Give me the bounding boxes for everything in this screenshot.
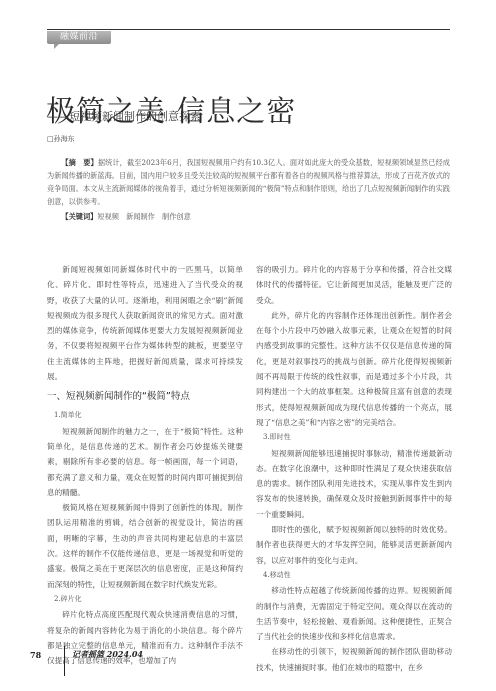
article-author: □孙海东 xyxy=(47,134,75,144)
subheading-mobility: 4.移动性 xyxy=(256,568,452,583)
continued-paragraph: 容的吸引力。碎片化的内容易于分享和传播，符合社交媒体时代的传播特征。它让新闻更加… xyxy=(256,262,452,308)
body-paragraph: 在移动性的引领下，短视频新闻的制作团队借助移动技术，快速捕捉时事。他们在城市的喧… xyxy=(256,644,452,675)
subheading-fragmentation: 2.碎片化 xyxy=(47,592,243,607)
section-heading: 一、短视频新闻制作的“极简”特点 xyxy=(47,390,243,404)
left-column: 新闻短视频如同新媒体时代中的一匹黑马，以简单化、碎片化、即时性等特点，迅速进入了… xyxy=(47,262,243,668)
page-number: 78 xyxy=(30,650,41,660)
body-paragraph: 短视频新闻制作的魅力之一，在于“极简”特性。这种简单化，是信息传递的艺术。制作者… xyxy=(47,424,243,500)
footer-divider xyxy=(64,646,65,676)
magazine-issue: 记者摇篮 2024.04 xyxy=(72,649,143,660)
abstract-paragraph: 【摘 要】据统计，截至2023年6月，我国短视频用户约有10.3亿人。面对如此庞… xyxy=(47,156,450,208)
intro-paragraph: 新闻短视频如同新媒体时代中的一匹黑马，以简单化、碎片化、即时性等特点，迅速进入了… xyxy=(47,262,243,384)
body-paragraph: 极简风格在短视频新闻中得到了创新性的体现。制作团队运用精准的剪辑，结合创新的视觉… xyxy=(47,500,243,592)
keywords-text: 短视频 新闻制作 制作创意 xyxy=(97,212,190,221)
abstract-block: 【摘 要】据统计，截至2023年6月，我国短视频用户约有10.3亿人。面对如此庞… xyxy=(47,156,450,223)
article-subtitle: ——短视频新闻制作的创意探索 xyxy=(47,108,201,124)
keywords-line: 【关键词】短视频 新闻制作 制作创意 xyxy=(47,210,450,223)
right-column: 容的吸引力。碎片化的内容易于分享和传播，符合社交媒体时代的传播特征。它让新闻更加… xyxy=(256,262,452,675)
body-paragraph: 移动性特点超越了传统新闻传播的边界。短视频新闻的制作与消费，无需固定于特定空间。… xyxy=(256,583,452,644)
abstract-label: 【摘 要】 xyxy=(61,158,97,167)
subheading-simplicity: 1.简单化 xyxy=(47,408,243,423)
body-paragraph: 此外，碎片化的内容制作还体现出创新性。制作者会在每个小片段中巧妙融入故事元素，让… xyxy=(256,308,452,430)
body-paragraph: 即时性的强化，赋予短视频新闻以独特的时效优势。制作者也获得更大的才华发挥空间，能… xyxy=(256,522,452,568)
subheading-immediacy: 3.即时性 xyxy=(256,430,452,445)
section-tag-tail xyxy=(54,44,59,49)
body-paragraph: 短视频新闻能够迅速捕捉时事脉动，精准传递最新动态。在数字化浪潮中，这种即时性满足… xyxy=(256,446,452,522)
section-tag: 融媒前沿 xyxy=(47,31,111,44)
header-rule xyxy=(47,29,450,30)
keywords-label: 【关键词】 xyxy=(61,212,97,221)
abstract-text: 据统计，截至2023年6月，我国短视频用户约有10.3亿人。面对如此庞大的受众基… xyxy=(47,158,450,206)
